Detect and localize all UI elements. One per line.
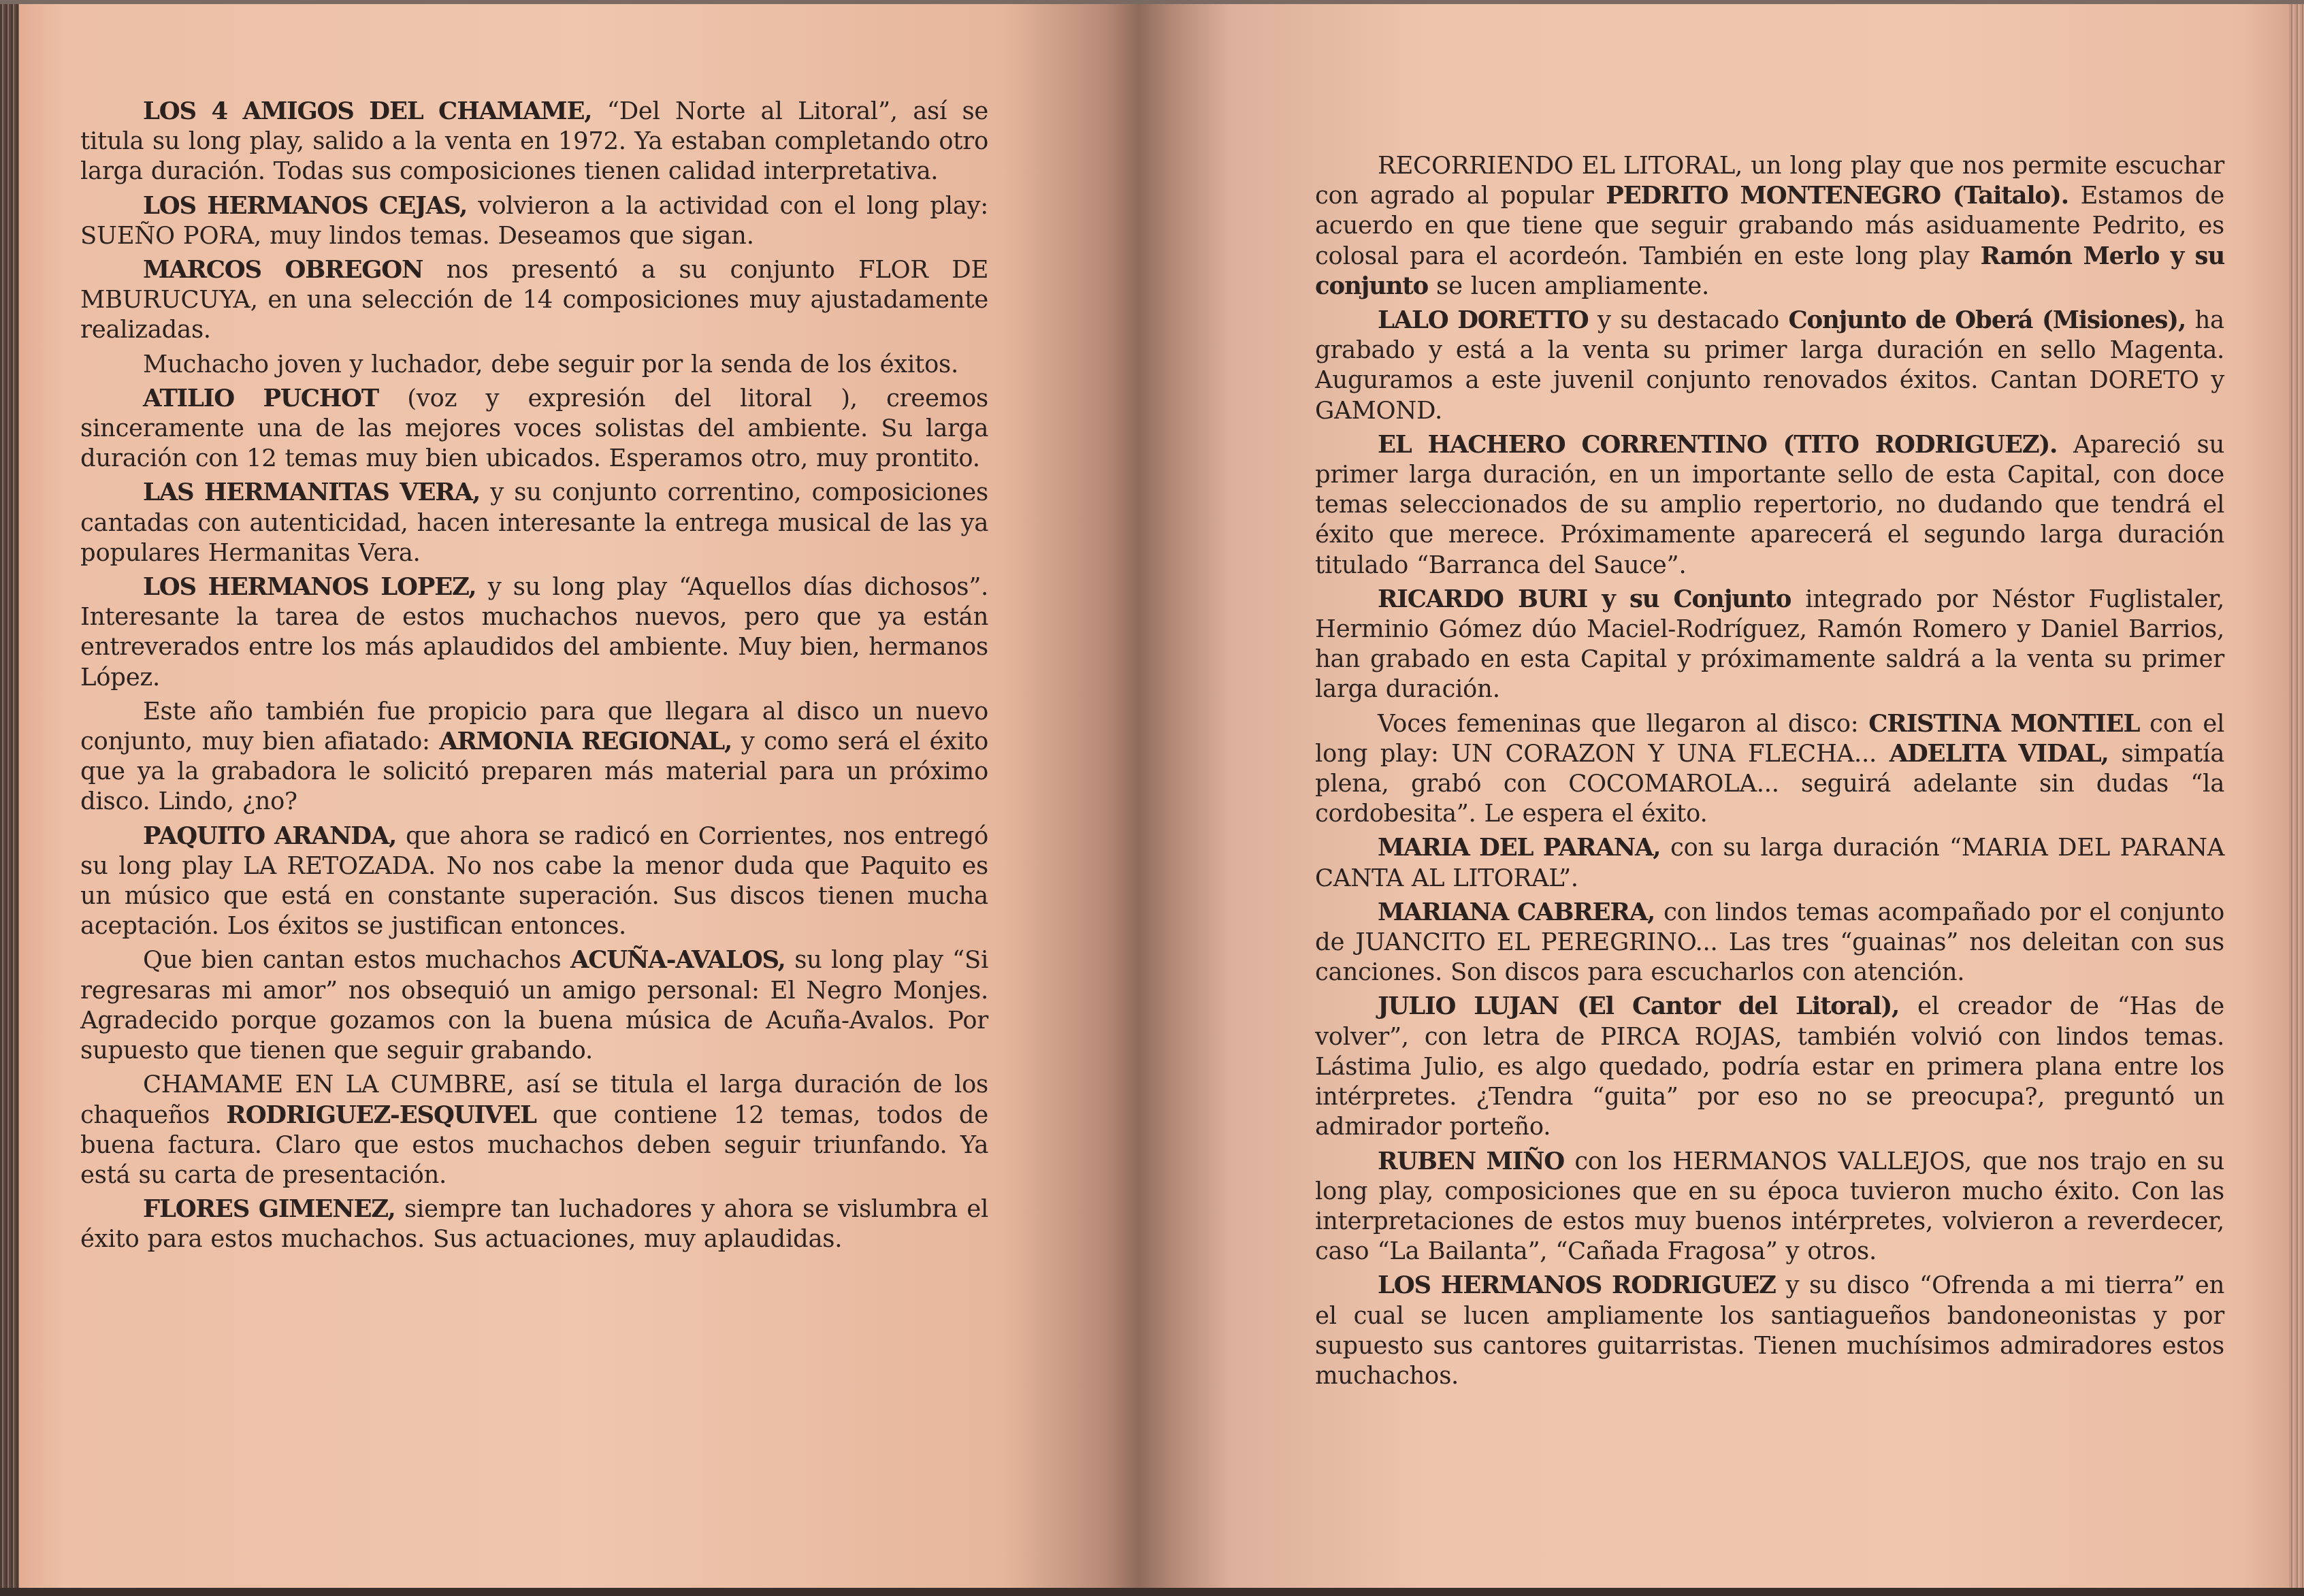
artist-name: LOS HERMANOS RODRIGUEZ — [1378, 1271, 1776, 1299]
article-paragraph: LOS HERMANOS RODRIGUEZ y su disco “Ofren… — [1315, 1271, 2224, 1391]
article-paragraph: RICARDO BURI y su Conjunto integrado por… — [1315, 585, 2224, 705]
paragraph-text: Que bien cantan estos muchachos — [143, 946, 570, 974]
artist-name: ARMONIA REGIONAL, — [439, 728, 732, 755]
artist-name: RUBEN MIÑO — [1378, 1147, 1564, 1175]
article-paragraph: JULIO LUJAN (El Cantor del Litoral), el … — [1315, 992, 2224, 1142]
artist-name: FLORES GIMENEZ, — [143, 1195, 395, 1223]
right-page-edges — [2289, 0, 2304, 1596]
article-paragraph: Muchacho joven y luchador, debe seguir p… — [80, 350, 988, 380]
right-page-text-column: RECORRIENDO EL LITORAL, un long play que… — [1315, 151, 2224, 1395]
paragraph-text: y su destacado — [1589, 306, 1789, 334]
article-paragraph: LOS 4 AMIGOS DEL CHAMAME, “Del Norte al … — [80, 97, 988, 187]
left-page-edges — [0, 0, 19, 1596]
article-paragraph: LOS HERMANOS CEJAS, volvieron a la activ… — [80, 191, 988, 251]
artist-name: LOS HERMANOS CEJAS, — [143, 192, 467, 220]
artist-name: LOS 4 AMIGOS DEL CHAMAME, — [143, 97, 591, 125]
artist-name: RODRIGUEZ-ESQUIVEL — [226, 1101, 536, 1129]
article-paragraph: ATILIO PUCHOT (voz y expresión del litor… — [80, 384, 988, 474]
article-paragraph: PAQUITO ARANDA, que ahora se radicó en C… — [80, 821, 988, 942]
article-paragraph: FLORES GIMENEZ, siempre tan luchadores y… — [80, 1194, 988, 1254]
artist-name: PAQUITO ARANDA, — [143, 822, 396, 850]
article-paragraph: MARIA DEL PARANA, con su larga duración … — [1315, 833, 2224, 893]
top-edge — [0, 0, 2304, 4]
article-paragraph: MARCOS OBREGON nos presentó a su conjunt… — [80, 255, 988, 346]
artist-name: LAS HERMANITAS VERA, — [143, 478, 480, 506]
article-paragraph: MARIANA CABRERA, con lindos temas acompa… — [1315, 898, 2224, 988]
artist-name: PEDRITO MONTENEGRO (Taitalo). — [1606, 182, 2068, 210]
article-paragraph: LALO DORETTO y su destacado Conjunto de … — [1315, 306, 2224, 426]
artist-name: LOS HERMANOS LOPEZ, — [143, 573, 476, 601]
paragraph-text: Voces femeninas que llegaron al disco: — [1378, 710, 1868, 738]
paragraph-text: Muchacho joven y luchador, debe seguir p… — [143, 351, 958, 378]
artist-name: CRISTINA MONTIEL — [1868, 710, 2139, 738]
artist-name: RICARDO BURI y su Conjunto — [1378, 585, 1791, 613]
article-paragraph: CHAMAME EN LA CUMBRE, así se titula el l… — [80, 1070, 988, 1190]
article-paragraph: Este año también fue propicio para que l… — [80, 697, 988, 817]
artist-name: Conjunto de Oberá (Misiones), — [1788, 306, 2186, 334]
artist-name: MARIANA CABRERA, — [1378, 898, 1655, 926]
artist-name: LALO DORETTO — [1378, 306, 1589, 334]
artist-name: EL HACHERO CORRENTINO (TITO RODRIGUEZ). — [1378, 431, 2057, 459]
artist-name: MARIA DEL PARANA, — [1378, 834, 1661, 862]
article-paragraph: RUBEN MIÑO con los HERMANOS VALLEJOS, qu… — [1315, 1147, 2224, 1267]
article-paragraph: RECORRIENDO EL LITORAL, un long play que… — [1315, 151, 2224, 302]
article-paragraph: Que bien cantan estos muchachos ACUÑA-AV… — [80, 945, 988, 1066]
article-paragraph: LOS HERMANOS LOPEZ, y su long play “Aque… — [80, 572, 988, 693]
artist-name: ATILIO PUCHOT — [143, 385, 378, 412]
artist-name: MARCOS OBREGON — [143, 256, 423, 284]
artist-name: ADELITA VIDAL, — [1889, 740, 2109, 768]
bottom-edge — [0, 1588, 2304, 1596]
article-paragraph: EL HACHERO CORRENTINO (TITO RODRIGUEZ). … — [1315, 430, 2224, 581]
article-paragraph: LAS HERMANITAS VERA, y su conjunto corre… — [80, 478, 988, 568]
article-paragraph: Voces femeninas que llegaron al disco: C… — [1315, 709, 2224, 830]
book-spread: LOS 4 AMIGOS DEL CHAMAME, “Del Norte al … — [0, 0, 2304, 1596]
paragraph-text: se lucen ampliamente. — [1428, 272, 1709, 300]
artist-name: JULIO LUJAN (El Cantor del Litoral), — [1378, 992, 1899, 1020]
artist-name: ACUÑA-AVALOS, — [570, 946, 785, 974]
left-page-text-column: LOS 4 AMIGOS DEL CHAMAME, “Del Norte al … — [80, 97, 988, 1259]
